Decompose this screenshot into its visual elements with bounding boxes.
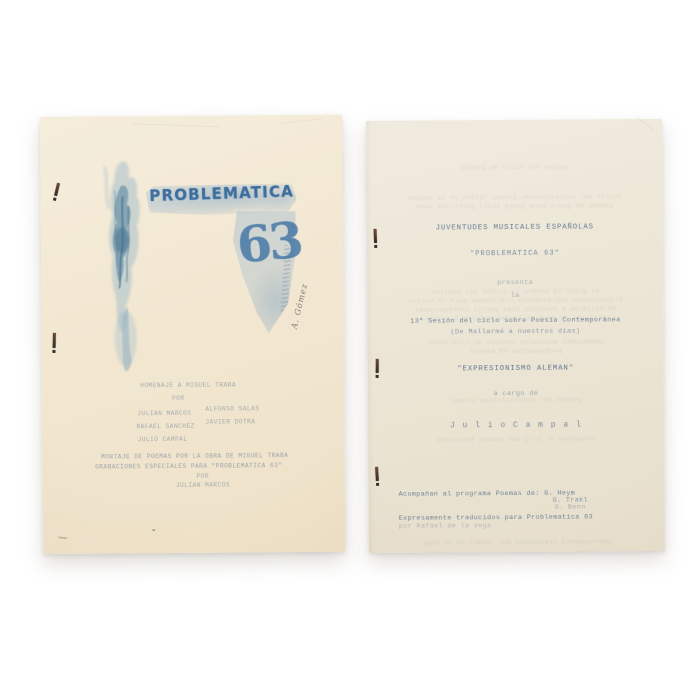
paper-speck bbox=[58, 536, 67, 539]
stamp-title-problematica: PROBLEMATICA bbox=[146, 184, 296, 205]
staple bbox=[54, 183, 59, 196]
photo-background: PROBLEMATICA 63 A. Gómez HOMENAJE A MIGU… bbox=[0, 0, 700, 700]
paper-crease bbox=[278, 118, 324, 124]
typed-montage-line: MONTAJE DE POEMAS POR LA OBRA DE MIGUEL … bbox=[69, 452, 321, 461]
typed-credit: JULIAN MARCOS bbox=[137, 410, 191, 417]
translation-line-1: Expresamente traducidos para Problematic… bbox=[399, 513, 593, 522]
series-line: "PROBLEMATICA 63" bbox=[385, 249, 645, 259]
left-document-cover: PROBLEMATICA 63 A. Gómez HOMENAJE A MIGU… bbox=[40, 115, 345, 554]
bleedthrough-line: textos del expresionismo aleman leidos e… bbox=[385, 193, 645, 202]
session-title: "EXPRESIONISMO ALEMAN" bbox=[386, 364, 646, 374]
paper-crease bbox=[132, 123, 220, 127]
typed-title: HOMENAJE A MIGUEL TRABA bbox=[88, 381, 288, 390]
typed-recordings-line: GRABACIONES ESPECIALES PARA "PROBLEMATIC… bbox=[63, 462, 315, 471]
typed-credit: ALFONSO SALAS bbox=[205, 405, 259, 412]
bleedthrough-line: expresamente traducidos por rafael de la… bbox=[387, 538, 647, 547]
typed-credit: JULIO CAMPAL bbox=[138, 436, 188, 443]
staple bbox=[376, 359, 379, 373]
program-poets-line-1: Acompañan al programa Poemas de: G. Heym bbox=[399, 490, 576, 499]
bleedthrough-line: acompañan al programa poemas escogidos bbox=[386, 435, 646, 444]
typed-credit: RAFAEL SANCHEZ bbox=[136, 423, 194, 430]
staple bbox=[53, 333, 56, 348]
organization-line: JUVENTUDES MUSICALES ESPAÑOLAS bbox=[385, 223, 645, 233]
bleedthrough-line: de mallarme a nuestros dias poesia conte… bbox=[385, 305, 645, 314]
paper-speck bbox=[152, 529, 155, 531]
bleedthrough-line: juventudes musicales seccion de literatu… bbox=[386, 338, 646, 347]
artist-signature: A. Gómez bbox=[290, 275, 311, 330]
bleedthrough-line: poemas de georg heym georg trakl gottfri… bbox=[385, 202, 645, 211]
staple bbox=[374, 229, 377, 243]
session-line-1: 13ª Sesión del ciclo sobre Poesía Contem… bbox=[385, 316, 645, 326]
paper-crease bbox=[636, 116, 654, 130]
typed-por-label: POR bbox=[89, 472, 317, 481]
bleedthrough-line: problematica 63 madrid bbox=[386, 347, 646, 356]
staple bbox=[375, 467, 378, 481]
stamp-number-63: 63 bbox=[235, 216, 297, 271]
translation-line-2: por Rafael de la Vega bbox=[399, 522, 492, 531]
right-document-programme: sesion del ciclo de poesia textos del ex… bbox=[366, 119, 665, 553]
typed-por-label: POR bbox=[88, 394, 268, 402]
typed-credit: JAVIER DOTRA bbox=[205, 418, 255, 425]
session-line-2: (De Mallarmé a nuestros días) bbox=[385, 327, 645, 337]
typed-author: JULIAN MARCOS bbox=[89, 481, 317, 490]
speaker-name: J u l i o C a m p a l bbox=[386, 420, 646, 431]
bleedthrough-line: sesion del ciclo de poesia bbox=[384, 163, 644, 172]
program-poets-line-3: G. Benn bbox=[555, 503, 586, 511]
